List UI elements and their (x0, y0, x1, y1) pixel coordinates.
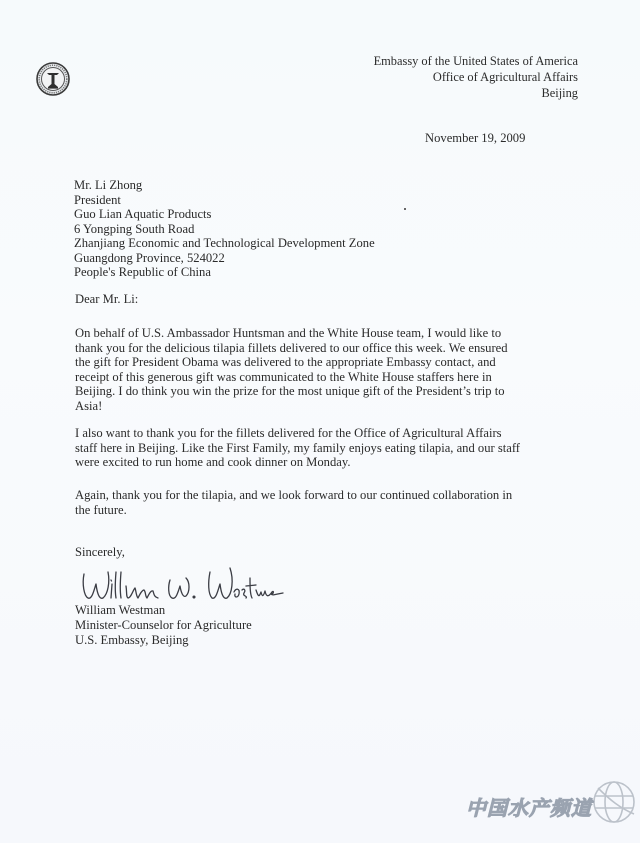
paragraph-line: were excited to run home and cook dinner… (75, 455, 545, 470)
paragraph-line: On behalf of U.S. Ambassador Huntsman an… (75, 326, 545, 341)
paragraph-line: thank you for the delicious tilapia fill… (75, 341, 545, 356)
recipient-address: Mr. Li Zhong President Guo Lian Aquatic … (74, 178, 375, 280)
handwritten-signature-icon (78, 560, 288, 606)
letterhead-embassy: Embassy of the United States of America (374, 53, 578, 69)
closing: Sincerely, (75, 545, 125, 560)
recipient-province: Guangdong Province, 524022 (74, 251, 375, 266)
recipient-country: People's Republic of China (74, 265, 375, 280)
paragraph-line: Again, thank you for the tilapia, and we… (75, 488, 545, 503)
paragraph-line: receipt of this generous gift was commun… (75, 370, 545, 385)
signer-name: William Westman (75, 603, 252, 618)
watermark: 中国水产频道 (462, 790, 637, 840)
letterhead-office: Office of Agricultural Affairs (374, 69, 578, 85)
signer-title: Minister-Counselor for Agriculture (75, 618, 252, 633)
paragraph-line: the future. (75, 503, 545, 518)
signature-block: William Westman Minister-Counselor for A… (75, 603, 252, 648)
letter-page: Embassy of the United States of America … (0, 0, 640, 843)
paragraph-line: Asia! (75, 399, 545, 414)
embassy-seal-icon (36, 62, 70, 96)
recipient-name: Mr. Li Zhong (74, 178, 375, 193)
paragraph-line: the gift for President Obama was deliver… (75, 355, 545, 370)
letterhead: Embassy of the United States of America … (374, 53, 578, 101)
recipient-zone: Zhanjiang Economic and Technological Dev… (74, 236, 375, 251)
recipient-title: President (74, 193, 375, 208)
paragraph-line: staff here in Beijing. Like the First Fa… (75, 441, 545, 456)
letter-date: November 19, 2009 (425, 131, 525, 146)
body-paragraph: I also want to thank you for the fillets… (75, 426, 545, 470)
recipient-street: 6 Yongping South Road (74, 222, 375, 237)
recipient-company: Guo Lian Aquatic Products (74, 207, 375, 222)
body-paragraph: On behalf of U.S. Ambassador Huntsman an… (75, 326, 545, 414)
body-paragraph: Again, thank you for the tilapia, and we… (75, 488, 545, 517)
globe-icon (590, 778, 638, 826)
signer-office: U.S. Embassy, Beijing (75, 633, 252, 648)
letterhead-city: Beijing (374, 85, 578, 101)
paragraph-line: Beijing. I do think you win the prize fo… (75, 384, 545, 399)
paragraph-line: I also want to thank you for the fillets… (75, 426, 545, 441)
salutation: Dear Mr. Li: (75, 292, 138, 307)
watermark-text: 中国水产频道 (466, 792, 592, 821)
scan-speck (404, 208, 406, 210)
